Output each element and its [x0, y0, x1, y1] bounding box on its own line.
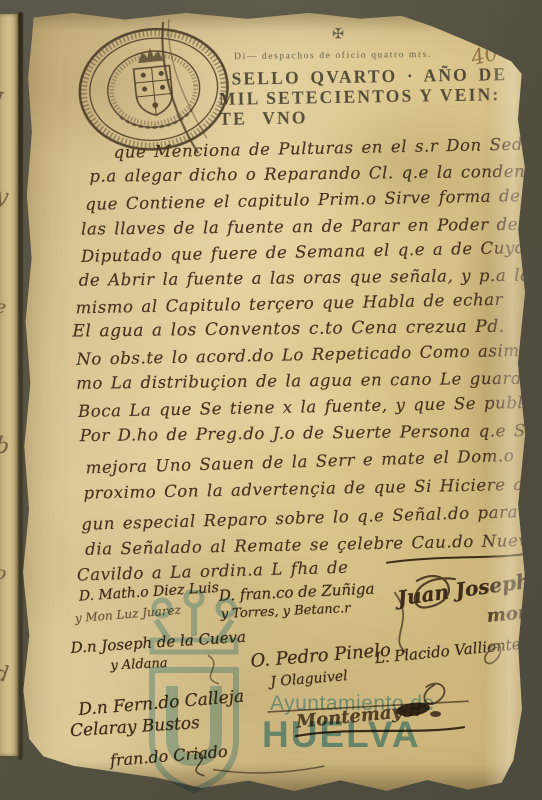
manuscript-line: proximo Con la advertençia de que Si Hic…	[83, 475, 530, 503]
bleed-ink-mark: y	[0, 183, 10, 211]
printed-seal-heading: SELLO QVARTO · AÑO DE MIL SETECIENTOS Y …	[218, 64, 508, 129]
manuscript-line: Boca La que Se tiene x la fuente, y que …	[78, 393, 535, 421]
manuscript-line: de Abrir la fuente a las oras que señala…	[79, 266, 531, 290]
manuscript-line: p.a alegar dicho o Reparando Cl. q.e la …	[89, 162, 531, 186]
manuscript-line: El agua a los Conventos c.to Cena crezua…	[72, 317, 505, 342]
manuscript-line: mismo al Capitulo terçero que Habla de e…	[75, 290, 503, 318]
manuscript-line: No obs.te lo acord.do Lo Repeticado Como…	[76, 341, 534, 369]
manuscript-page: ✠ Di— despachos de oficio quatro mrs. 40	[18, 6, 535, 795]
bleed-ink-mark: e	[0, 295, 8, 318]
signature: D.n Joseph de la Cueva	[70, 628, 246, 657]
adjacent-page-edge: J y e b o d	[0, 14, 19, 756]
manuscript-line: dia Señalado al Remate se çelebre Cau.do…	[85, 531, 534, 559]
binding-gutter-shadow	[18, 12, 23, 760]
printed-cross-icon: ✠	[332, 26, 344, 42]
bleed-ink-mark: J	[0, 88, 4, 111]
manuscript-line: mo La distribuçion de la agua en cano Le…	[76, 369, 533, 393]
signature: fran.do Criado	[109, 742, 228, 770]
manuscript-line: que Contiene el capitulo Prim.o Sirve fo…	[85, 186, 534, 214]
signature: O. Pedro Pinelo	[250, 640, 392, 672]
bleed-ink-mark: b	[0, 433, 11, 460]
scan-background: J y e b o d ✠ Di— despachos de oficio qu…	[0, 0, 542, 800]
manuscript-line: Diputado que fuere de Semana el q.e a de…	[81, 238, 535, 266]
signature: D. fran.co de Zuñiga	[218, 580, 374, 605]
manuscript-line: mejora Uno Sauen de la Serr e mate el Do…	[85, 446, 514, 477]
manuscript-line: las llaves de la fuente an de Parar en P…	[81, 215, 518, 239]
signature: L. Placido Vallionte	[374, 635, 521, 667]
manuscript-line: Por D.ho de Preg.do J.o de Suerte Person…	[80, 421, 535, 446]
signature: J Olaguivel	[270, 668, 349, 690]
heading-line: TE VNO	[219, 104, 508, 129]
bleed-ink-mark: d	[0, 661, 10, 687]
signature-block: D. Math.o Diez Luis D. fran.co de Zuñiga…	[22, 6, 534, 9]
signature: y Mon Luz Juarez	[74, 603, 181, 626]
signature: y Aldana	[110, 656, 168, 674]
bleed-ink-mark: o	[0, 561, 8, 585]
ink-blot	[430, 711, 441, 717]
manuscript-line: gun especial Reparo sobre lo q.e Señal.d…	[81, 500, 534, 534]
signature: y Torres, y Betanc.r	[220, 601, 350, 622]
signature: mora	[486, 601, 535, 627]
handwritten-body: que Menciona de Pulturas en el s.r Don S…	[22, 6, 534, 9]
